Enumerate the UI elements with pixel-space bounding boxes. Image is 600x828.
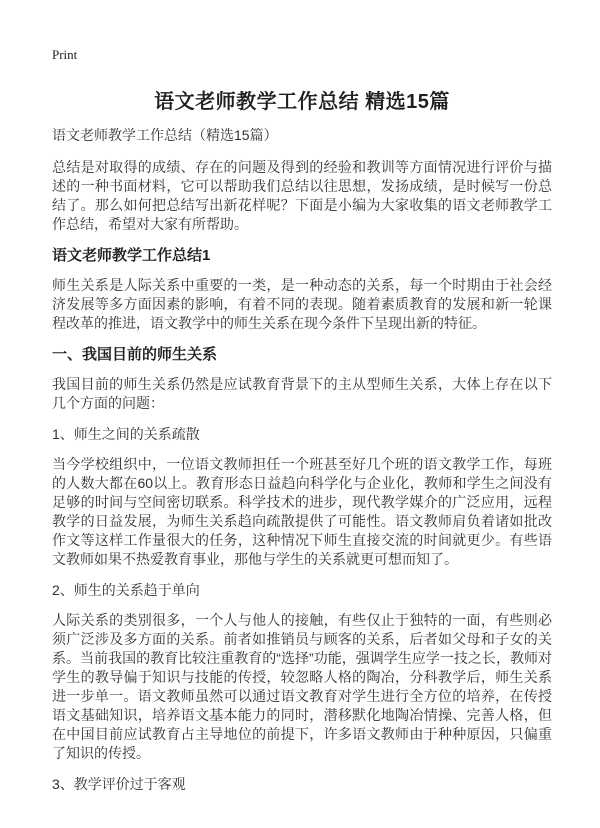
document-page: Print 语文老师教学工作总结 精选15篇 语文老师教学工作总结（精选15篇）…	[0, 0, 600, 828]
article-1-lead-paragraph: 师生关系是人际关系中重要的一类，是一种动态的关系，每一个时期由于社会经济发展等多…	[52, 276, 552, 333]
page-title: 语文老师教学工作总结 精选15篇	[52, 91, 552, 113]
list-item-3-title: 3、教学评价过于客观	[52, 775, 552, 794]
intro-paragraph: 总结是对取得的成绩、存在的问题及得到的经验和教训等方面情况进行评价与描述的一种书…	[52, 158, 552, 234]
print-link[interactable]: Print	[52, 48, 77, 62]
section-1-heading: 一、我国目前的师生关系	[52, 345, 552, 364]
article-1-heading: 语文老师教学工作总结1	[52, 246, 552, 265]
list-item-2-title: 2、师生的关系趋于单向	[52, 581, 552, 600]
list-item-1-title: 1、师生之间的关系疏散	[52, 425, 552, 444]
section-1-lead-paragraph: 我国目前的师生关系仍然是应试教育背景下的主从型师生关系，大体上存在以下几个方面的…	[52, 375, 552, 413]
document-subtitle: 语文老师教学工作总结（精选15篇）	[52, 126, 552, 144]
list-item-1-body: 当今学校组织中，一位语文教师担任一个班甚至好几个班的语文教学工作，每班的人数大都…	[52, 455, 552, 569]
list-item-2-body: 人际关系的类别很多，一个人与他人的接触，有些仅止于独特的一面，有些则必须广泛涉及…	[52, 611, 552, 763]
